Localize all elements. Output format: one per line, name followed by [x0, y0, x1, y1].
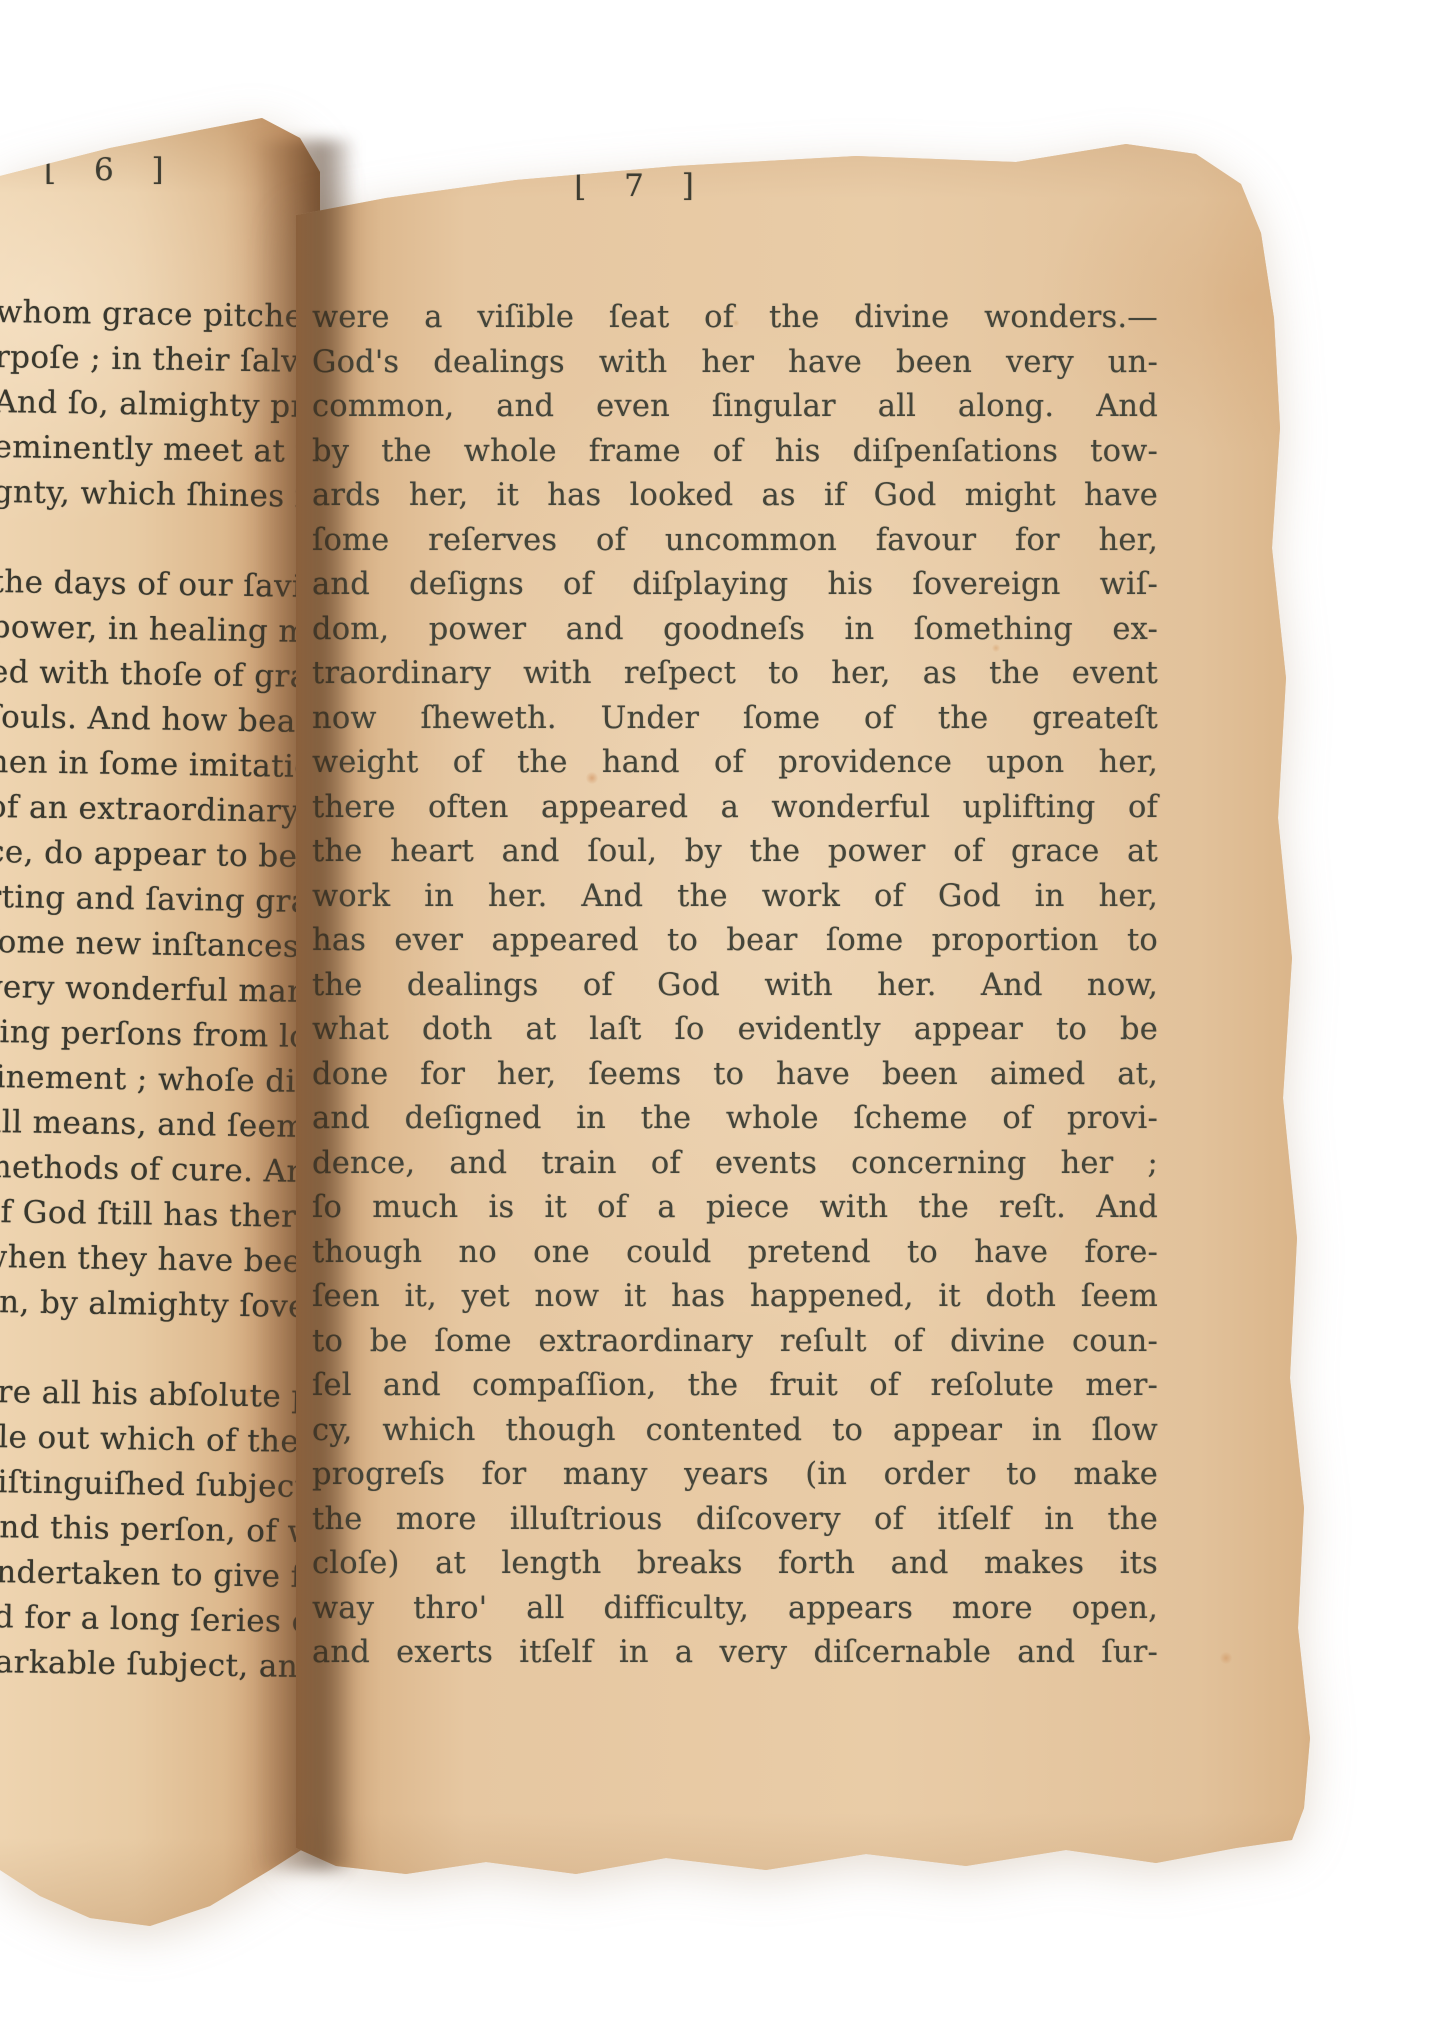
text-line: ſome reſerves of uncommon favour for her…	[312, 519, 1158, 564]
text-line: ſel and compaſſion, the fruit of reſolut…	[312, 1364, 1158, 1409]
text-line: though no one could pretend to have fore…	[312, 1231, 1158, 1276]
text-line: and exerts itſelf in a very diſcernable …	[312, 1631, 1158, 1676]
text-line: dence, and train of events concerning he…	[312, 1142, 1158, 1187]
text-line: were a viſible ſeat of the divine wonder…	[312, 296, 1158, 341]
text-line: ſo much is it of a piece with the reſt. …	[312, 1186, 1158, 1231]
text-line: ſeen it, yet now it has happened, it dot…	[312, 1275, 1158, 1320]
right-page: [ 7 ] were a viſible ſeat of the divine …	[296, 118, 1356, 1928]
right-page-wrap: [ 7 ] were a viſible ſeat of the divine …	[296, 118, 1356, 1928]
text-line: ards her, it has looked as if God might …	[312, 474, 1158, 519]
text-line: progreſs for many years (in order to mak…	[312, 1453, 1158, 1498]
page-number-left: [ 6 ]	[44, 152, 166, 188]
text-line: has ever appeared to bear ſome proportio…	[312, 919, 1158, 964]
text-line: and deſigns of diſplaying his ſovereign …	[312, 563, 1158, 608]
text-line: cloſe) at length breaks forth and makes …	[312, 1542, 1158, 1587]
text-line: to be ſome extraordinary reſult of divin…	[312, 1320, 1158, 1365]
text-line: cy, which though contented to appear in …	[312, 1409, 1158, 1454]
text-line: God's dealings with her have been very u…	[312, 341, 1158, 386]
text-line: done for her, ſeems to have been aimed a…	[312, 1053, 1158, 1098]
text-line: what doth at laſt ſo evidently appear to…	[312, 1008, 1158, 1053]
text-line: now ſheweth. Under ſome of the greateſt	[312, 697, 1158, 742]
text-line: dom, power and goodneſs in ſomething ex-	[312, 608, 1158, 653]
text-line: the more illuſtrious diſcovery of itſelf…	[312, 1498, 1158, 1543]
book-photo: [ 6 ] whom grace pitcheth uponrpoſe ; in…	[0, 0, 1445, 2023]
text-line: work in her. And the work of God in her,	[312, 875, 1158, 920]
text-line: and deſigned in the whole ſcheme of prov…	[312, 1097, 1158, 1142]
text-line: weight of the hand of providence upon he…	[312, 741, 1158, 786]
text-line: the heart and ſoul, by the power of grac…	[312, 830, 1158, 875]
page-number-right: [ 7 ]	[212, 168, 1058, 204]
right-page-text: were a viſible ſeat of the divine wonder…	[312, 296, 1158, 1676]
text-line: by the whole frame of his diſpenſations …	[312, 430, 1158, 475]
text-line: traordinary with reſpect to her, as the …	[312, 652, 1158, 697]
text-line: the dealings of God with her. And now,	[312, 964, 1158, 1009]
text-line: there often appeared a wonderful uplifti…	[312, 786, 1158, 831]
text-line: way thro' all difficulty, appears more o…	[312, 1587, 1158, 1632]
text-line: common, and even ſingular all along. And	[312, 385, 1158, 430]
left-page-wrap: [ 6 ] whom grace pitcheth uponrpoſe ; in…	[0, 118, 320, 1958]
left-page: [ 6 ] whom grace pitcheth uponrpoſe ; in…	[0, 118, 320, 1958]
